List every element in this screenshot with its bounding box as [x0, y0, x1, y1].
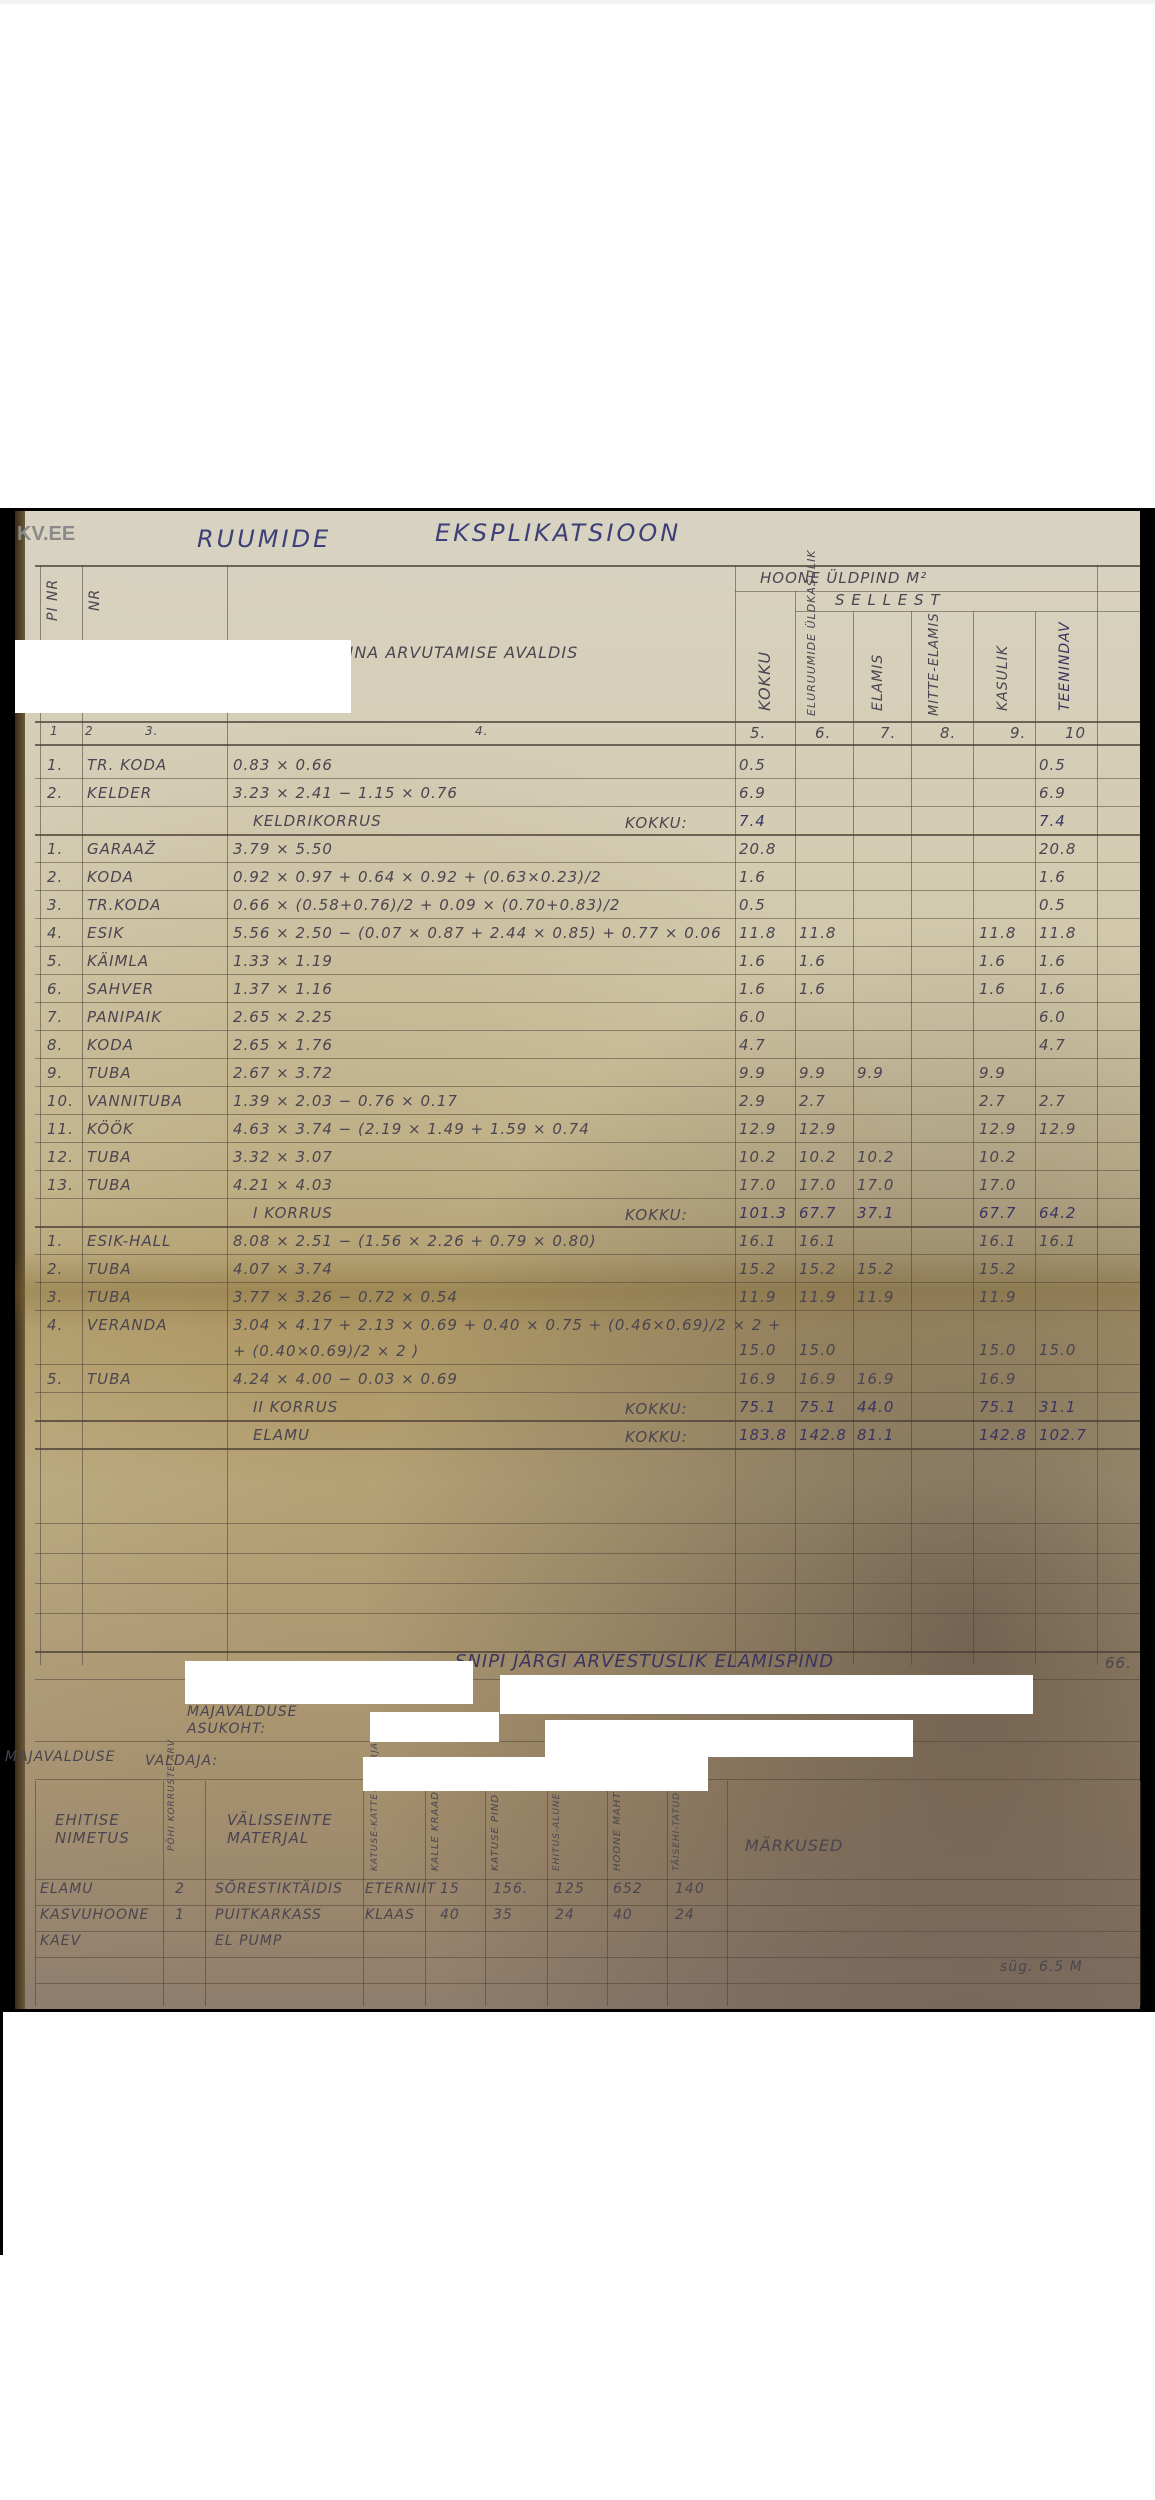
bldg-cell-floors: 2 — [175, 1881, 185, 1897]
bldg-cell-built-area: 140 — [675, 1881, 705, 1897]
bldg-cell-slope: 15 — [440, 1881, 460, 1897]
column-line — [35, 1781, 36, 2006]
table-row: 10.VANNITUBA1.39 × 2.03 − 0.76 × 0.172.9… — [15, 1087, 1140, 1115]
cell-name: TUBA — [87, 1288, 132, 1306]
cell-c6: 12.9 — [799, 1120, 836, 1138]
cell-total-label: KOKKU: — [625, 1428, 688, 1446]
cell-c6: 2.7 — [799, 1092, 826, 1110]
cell-c10: 102.7 — [1039, 1426, 1087, 1444]
table-row: 3.TR.KODA0.66 × (0.58+0.76)/2 + 0.09 × (… — [15, 891, 1140, 919]
subtotal-row: KELDRIKORRUS7.47.4KOKKU: — [15, 807, 1140, 835]
col-number: 2 — [85, 724, 94, 738]
cell-kokku: 7.4 — [739, 812, 766, 830]
cell-kokku: 17.0 — [739, 1176, 776, 1194]
cell-c7: 44.0 — [857, 1398, 894, 1416]
cell-c6: 1.6 — [799, 952, 826, 970]
column-line — [547, 1781, 548, 2006]
header-col1: PI NR — [45, 579, 61, 621]
header-col2: NR — [87, 589, 103, 611]
table-row: 4.ESIK5.56 × 2.50 − (0.07 × 0.87 + 2.44 … — [15, 919, 1140, 947]
cell-c6: 11.8 — [799, 924, 836, 942]
redaction-box — [545, 1720, 913, 1757]
cell-nr: 1. — [47, 1232, 63, 1250]
cell-formula: 5.56 × 2.50 − (0.07 × 0.87 + 2.44 × 0.85… — [233, 924, 722, 942]
bldg-cell-walls: SÕRESTIKTÄIDIS — [215, 1881, 343, 1897]
cell-c9: 2.7 — [979, 1092, 1006, 1110]
holder-label-2: VALDAJA: — [145, 1753, 218, 1769]
cell-formula: 4.24 × 4.00 − 0.03 × 0.69 — [233, 1370, 458, 1388]
cell-name: KELDER — [87, 784, 152, 802]
cell-formula: 2.65 × 2.25 — [233, 1008, 333, 1026]
table-row: 4.VERANDA3.04 × 4.17 + 2.13 × 0.69 + 0.4… — [15, 1311, 1140, 1365]
title-part-2: EKSPLIKATSIOON — [435, 519, 681, 547]
cell-total-label: KOKKU: — [625, 814, 688, 832]
location-label-1: MAJAVALDUSE — [187, 1704, 297, 1720]
cell-kokku: 0.5 — [739, 756, 766, 774]
cell-c9: 16.1 — [979, 1232, 1016, 1250]
rule — [35, 1931, 1140, 1932]
cell-kokku: 6.0 — [739, 1008, 766, 1026]
cell-kokku: 15.0 — [739, 1341, 776, 1359]
cell-c7: 10.2 — [857, 1148, 894, 1166]
cell-kokku: 16.1 — [739, 1232, 776, 1250]
cell-c6: 15.0 — [799, 1341, 836, 1359]
cell-c7: 15.2 — [857, 1260, 894, 1278]
holder-label-1: MAJAVALDUSE — [5, 1749, 115, 1765]
cell-c10: 2.7 — [1039, 1092, 1066, 1110]
watermark: KV.EE — [17, 523, 75, 546]
redaction-box — [500, 1675, 1033, 1714]
cell-kokku: 183.8 — [739, 1426, 787, 1444]
cell-nr: 8. — [47, 1036, 63, 1054]
rule — [35, 1905, 1140, 1906]
cell-c9: 11.9 — [979, 1288, 1016, 1306]
cell-kokku: 10.2 — [739, 1148, 776, 1166]
redaction-box — [185, 1661, 473, 1704]
cell-formula: 3.23 × 2.41 − 1.15 × 0.76 — [233, 784, 458, 802]
column-line — [205, 1781, 206, 2006]
column-line — [363, 1781, 364, 2006]
cell-name: TUBA — [87, 1370, 132, 1388]
cell-nr: 10. — [47, 1092, 74, 1110]
location-label-2: ASUKOHT: — [187, 1721, 266, 1737]
header-col10: TEENINDAV — [1057, 621, 1073, 711]
cell-formula: 2.67 × 3.72 — [233, 1064, 333, 1082]
cell-nr: 7. — [47, 1008, 63, 1026]
cell-c9: 16.9 — [979, 1370, 1016, 1388]
cell-c6: 10.2 — [799, 1148, 836, 1166]
table-row: 8.KODA2.65 × 1.764.74.7 — [15, 1031, 1140, 1059]
cell-c6: 142.8 — [799, 1426, 847, 1444]
bldg-header-floors: PÕHI KORRUSTE ARV — [167, 1739, 177, 1851]
header-col7: ELAMIS — [870, 654, 886, 711]
left-border-line — [0, 2012, 3, 2255]
column-line — [667, 1781, 668, 2006]
header-col6: ELURUUMIDE ÜLDKASULIK — [805, 549, 818, 716]
cell-c9: 67.7 — [979, 1204, 1016, 1222]
bldg-cell-floors: 1 — [175, 1907, 185, 1923]
cell-nr: 3. — [47, 896, 63, 914]
cell-c10: 0.5 — [1039, 896, 1066, 914]
cell-c9: 142.8 — [979, 1426, 1027, 1444]
cell-name: TUBA — [87, 1148, 132, 1166]
rule — [35, 565, 1140, 567]
rule — [35, 1553, 1140, 1554]
cell-c9: 10.2 — [979, 1148, 1016, 1166]
cell-formula: 4.63 × 3.74 − (2.19 × 1.49 + 1.59 × 0.74 — [233, 1120, 590, 1138]
rule — [35, 1448, 1140, 1450]
cell-kokku: 101.3 — [739, 1204, 787, 1222]
bldg-cell-walls: PUITKARKASS — [215, 1907, 322, 1923]
cell-c6: 9.9 — [799, 1064, 826, 1082]
cell-c7: 11.9 — [857, 1288, 894, 1306]
cell-c9: 15.2 — [979, 1260, 1016, 1278]
column-line — [607, 1781, 608, 2006]
cell-kokku: 20.8 — [739, 840, 776, 858]
bldg-cell-slope: 40 — [440, 1907, 460, 1923]
cell-kokku: 15.2 — [739, 1260, 776, 1278]
cell-kokku: 16.9 — [739, 1370, 776, 1388]
col-number: 1 — [50, 724, 59, 738]
cell-c10: 12.9 — [1039, 1120, 1076, 1138]
cell-c9: 1.6 — [979, 952, 1006, 970]
cell-kokku: 9.9 — [739, 1064, 766, 1082]
cell-name: KODA — [87, 1036, 134, 1054]
cell-name: KÖÖK — [87, 1120, 134, 1138]
column-line — [1140, 1781, 1141, 2006]
cell-nr: 2. — [47, 868, 63, 886]
cell-c10: 64.2 — [1039, 1204, 1076, 1222]
bldg-cell-volume: 40 — [613, 1907, 633, 1923]
col-number: 4. — [475, 724, 488, 738]
bldg-cell-name: ELAMU — [40, 1881, 94, 1897]
rule — [35, 1983, 1140, 1984]
bldg-header-walls: VÄLISSEINTE MATERJAL — [227, 1811, 357, 1847]
rule — [35, 1957, 1140, 1958]
table-row: 7.PANIPAIK2.65 × 2.256.06.0 — [15, 1003, 1140, 1031]
cell-nr: 1. — [47, 840, 63, 858]
cell-name: ESIK — [87, 924, 124, 942]
cell-formula-cont: + (0.40×0.69)/2 × 2 ) — [233, 1342, 419, 1360]
cell-c10: 31.1 — [1039, 1398, 1076, 1416]
header-col5: KOKKU — [755, 651, 774, 711]
cell-c10: 4.7 — [1039, 1036, 1066, 1054]
cell-formula: 8.08 × 2.51 − (1.56 × 2.26 + 0.79 × 0.80… — [233, 1232, 597, 1250]
col-number: 5. — [750, 724, 766, 742]
cell-c6: 75.1 — [799, 1398, 836, 1416]
cell-formula: II KORRUS — [253, 1398, 338, 1416]
table-row: 6.SAHVER1.37 × 1.161.61.61.61.6 — [15, 975, 1140, 1003]
cell-kokku: 75.1 — [739, 1398, 776, 1416]
cell-kokku: 11.9 — [739, 1288, 776, 1306]
cell-formula: KELDRIKORRUS — [253, 812, 382, 830]
col-number: 6. — [815, 724, 831, 742]
cell-kokku: 1.6 — [739, 980, 766, 998]
cell-name: GARAAŽ — [87, 840, 156, 858]
cell-kokku: 2.9 — [739, 1092, 766, 1110]
table-row: 2.KODA0.92 × 0.97 + 0.64 × 0.92 + (0.63×… — [15, 863, 1140, 891]
cell-name: KODA — [87, 868, 134, 886]
cell-formula: 1.37 × 1.16 — [233, 980, 333, 998]
cell-c10: 15.0 — [1039, 1341, 1076, 1359]
subtotal-row: I KORRUS101.367.737.167.764.2KOKKU: — [15, 1199, 1140, 1227]
cell-kokku: 4.7 — [739, 1036, 766, 1054]
cell-formula: I KORRUS — [253, 1204, 333, 1222]
cell-nr: 11. — [47, 1120, 74, 1138]
bldg-cell-footprint: 24 — [555, 1907, 575, 1923]
cell-total-label: KOKKU: — [625, 1206, 688, 1224]
rule — [35, 1879, 1140, 1880]
rule — [35, 1523, 1140, 1524]
cell-c9: 9.9 — [979, 1064, 1006, 1082]
cell-formula: 4.21 × 4.03 — [233, 1176, 333, 1194]
cell-c7: 81.1 — [857, 1426, 894, 1444]
table-row: 2.KELDER3.23 × 2.41 − 1.15 × 0.766.96.9 — [15, 779, 1140, 807]
subtotal-row: II KORRUS75.175.144.075.131.1KOKKU: — [15, 1393, 1140, 1421]
cell-c10: 1.6 — [1039, 868, 1066, 886]
subtotal-row: ELAMU183.8142.881.1142.8102.7KOKKU: — [15, 1421, 1140, 1449]
cell-nr: 4. — [47, 1316, 63, 1334]
table-row: 3.TUBA3.77 × 3.26 − 0.72 × 0.5411.911.91… — [15, 1283, 1140, 1311]
cell-total-label: KOKKU: — [625, 1400, 688, 1418]
header-subgroup-title: S E L L E S T — [835, 591, 940, 609]
cell-c6: 16.9 — [799, 1370, 836, 1388]
cell-c10: 1.6 — [1039, 980, 1066, 998]
table-row: 5.KÄIMLA1.33 × 1.191.61.61.61.6 — [15, 947, 1140, 975]
cell-nr: 6. — [47, 980, 63, 998]
cell-formula: 0.83 × 0.66 — [233, 756, 333, 774]
cell-c10: 6.0 — [1039, 1008, 1066, 1026]
column-line — [485, 1781, 486, 2006]
cell-formula: 3.04 × 4.17 + 2.13 × 0.69 + 0.40 × 0.75 … — [233, 1316, 782, 1334]
cell-nr: 5. — [47, 1370, 63, 1388]
cell-c6: 17.0 — [799, 1176, 836, 1194]
header-col8: MITTE-ELAMIS — [927, 613, 942, 717]
table-row: 11.KÖÖK4.63 × 3.74 − (2.19 × 1.49 + 1.59… — [15, 1115, 1140, 1143]
cell-nr: 1. — [47, 756, 63, 774]
cell-name: KÄIMLA — [87, 952, 149, 970]
cell-c6: 67.7 — [799, 1204, 836, 1222]
cell-name: VERANDA — [87, 1316, 167, 1334]
cell-c9: 11.8 — [979, 924, 1016, 942]
rule — [35, 744, 1140, 746]
top-status-strip — [0, 0, 1155, 4]
cell-c9: 15.0 — [979, 1341, 1016, 1359]
cell-kokku: 1.6 — [739, 868, 766, 886]
table-row: 2.TUBA4.07 × 3.7415.215.215.215.2 — [15, 1255, 1140, 1283]
cell-nr: 5. — [47, 952, 63, 970]
cell-c10: 6.9 — [1039, 784, 1066, 802]
bldg-cell-walls: EL PUMP — [215, 1933, 282, 1949]
table-row: 1.ESIK-HALL8.08 × 2.51 − (1.56 × 2.26 + … — [15, 1227, 1140, 1255]
cell-c9: 1.6 — [979, 980, 1006, 998]
cell-formula: 2.65 × 1.76 — [233, 1036, 333, 1054]
cell-c7: 16.9 — [857, 1370, 894, 1388]
cell-name: PANIPAIK — [87, 1008, 162, 1026]
cell-name: VANNITUBA — [87, 1092, 183, 1110]
bldg-cell-roof-area: 35 — [493, 1907, 513, 1923]
cell-kokku: 6.9 — [739, 784, 766, 802]
cell-c7: 17.0 — [857, 1176, 894, 1194]
bldg-cell-roof: KLAAS — [365, 1907, 415, 1923]
cell-c10: 11.8 — [1039, 924, 1076, 942]
col-number: 9. — [1010, 724, 1026, 742]
cell-kokku: 0.5 — [739, 896, 766, 914]
redaction-box — [370, 1712, 499, 1742]
cell-c6: 15.2 — [799, 1260, 836, 1278]
redaction-box — [363, 1757, 708, 1791]
cell-name: SAHVER — [87, 980, 154, 998]
cell-c10: 20.8 — [1039, 840, 1076, 858]
cell-name: TUBA — [87, 1176, 132, 1194]
col-number: 8. — [940, 724, 956, 742]
header-col4: PINNA ARVUTAMISE AVALDIS — [325, 643, 578, 662]
cell-nr: 12. — [47, 1148, 74, 1166]
table-row: 1.GARAAŽ3.79 × 5.5020.820.8 — [15, 835, 1140, 863]
table-row: 1.TR. KODA0.83 × 0.660.50.5 — [15, 751, 1140, 779]
snip-value: 66. — [1105, 1654, 1132, 1672]
rule — [795, 611, 1140, 612]
bldg-header-name: EHITISE NIMETUS — [55, 1811, 185, 1847]
cell-formula: 4.07 × 3.74 — [233, 1260, 333, 1278]
cell-nr: 4. — [47, 924, 63, 942]
col-number: 3. — [145, 724, 158, 738]
cell-c10: 1.6 — [1039, 952, 1066, 970]
cell-c7: 37.1 — [857, 1204, 894, 1222]
redaction-box — [15, 640, 351, 713]
bldg-header-notes: MÄRKUSED — [745, 1836, 875, 1855]
table-row: 5.TUBA4.24 × 4.00 − 0.03 × 0.6916.916.91… — [15, 1365, 1140, 1393]
cell-nr: 9. — [47, 1064, 63, 1082]
cell-nr: 2. — [47, 1260, 63, 1278]
cell-name: TR. KODA — [87, 756, 167, 774]
cell-c6: 1.6 — [799, 980, 826, 998]
cell-formula: 3.79 × 5.50 — [233, 840, 333, 858]
cell-c6: 16.1 — [799, 1232, 836, 1250]
cell-formula: ELAMU — [253, 1426, 310, 1444]
header-group-title: HOONE ÜLDPIND M² — [760, 569, 927, 587]
header-col9: KASULIK — [995, 645, 1011, 711]
cell-c9: 17.0 — [979, 1176, 1016, 1194]
cell-nr: 3. — [47, 1288, 63, 1306]
cell-name: TUBA — [87, 1064, 132, 1082]
cell-kokku: 12.9 — [739, 1120, 776, 1138]
cell-formula: 3.77 × 3.26 − 0.72 × 0.54 — [233, 1288, 458, 1306]
cell-c9: 12.9 — [979, 1120, 1016, 1138]
cell-c7: 9.9 — [857, 1064, 884, 1082]
cell-c10: 0.5 — [1039, 756, 1066, 774]
cell-c6: 11.9 — [799, 1288, 836, 1306]
snip-line: SNIPI JÄRGI ARVESTUSLIK ELAMISPIND — [455, 1651, 834, 1672]
table-row: 12.TUBA3.32 × 3.0710.210.210.210.2 — [15, 1143, 1140, 1171]
table-row: 9.TUBA2.67 × 3.729.99.99.99.9 — [15, 1059, 1140, 1087]
cell-formula: 1.39 × 2.03 − 0.76 × 0.17 — [233, 1092, 458, 1110]
cell-formula: 0.92 × 0.97 + 0.64 × 0.92 + (0.63×0.23)/… — [233, 868, 602, 886]
rule — [35, 1613, 1140, 1614]
cell-formula: 1.33 × 1.19 — [233, 952, 333, 970]
bldg-cell-roof: ETERNIIT — [365, 1881, 436, 1897]
rule — [35, 1583, 1140, 1584]
cell-kokku: 1.6 — [739, 952, 766, 970]
bldg-cell-notes: süg. 6.5 M — [1000, 1959, 1083, 1975]
bldg-cell-roof-area: 156. — [493, 1881, 528, 1897]
cell-formula: 0.66 × (0.58+0.76)/2 + 0.09 × (0.70+0.83… — [233, 896, 620, 914]
bldg-cell-name: KASVUHOONE — [40, 1907, 149, 1923]
cell-c10: 16.1 — [1039, 1232, 1076, 1250]
cell-c9: 75.1 — [979, 1398, 1016, 1416]
cell-name: ESIK-HALL — [87, 1232, 171, 1250]
cell-nr: 2. — [47, 784, 63, 802]
cell-name: TUBA — [87, 1260, 132, 1278]
col-number: 7. — [880, 724, 896, 742]
cell-name: TR.KODA — [87, 896, 161, 914]
bldg-cell-volume: 652 — [613, 1881, 643, 1897]
bldg-cell-built-area: 24 — [675, 1907, 695, 1923]
cell-c10: 7.4 — [1039, 812, 1066, 830]
bldg-cell-footprint: 125 — [555, 1881, 585, 1897]
cell-formula: 3.32 × 3.07 — [233, 1148, 333, 1166]
rule — [35, 721, 1140, 723]
table-row: 13.TUBA4.21 × 4.0317.017.017.017.0 — [15, 1171, 1140, 1199]
title-part-1: RUUMIDE — [197, 525, 331, 553]
col-number: 10 — [1065, 724, 1086, 742]
cell-kokku: 11.8 — [739, 924, 776, 942]
bldg-cell-name: KAEV — [40, 1933, 81, 1949]
cell-nr: 13. — [47, 1176, 74, 1194]
column-line — [727, 1781, 728, 2006]
